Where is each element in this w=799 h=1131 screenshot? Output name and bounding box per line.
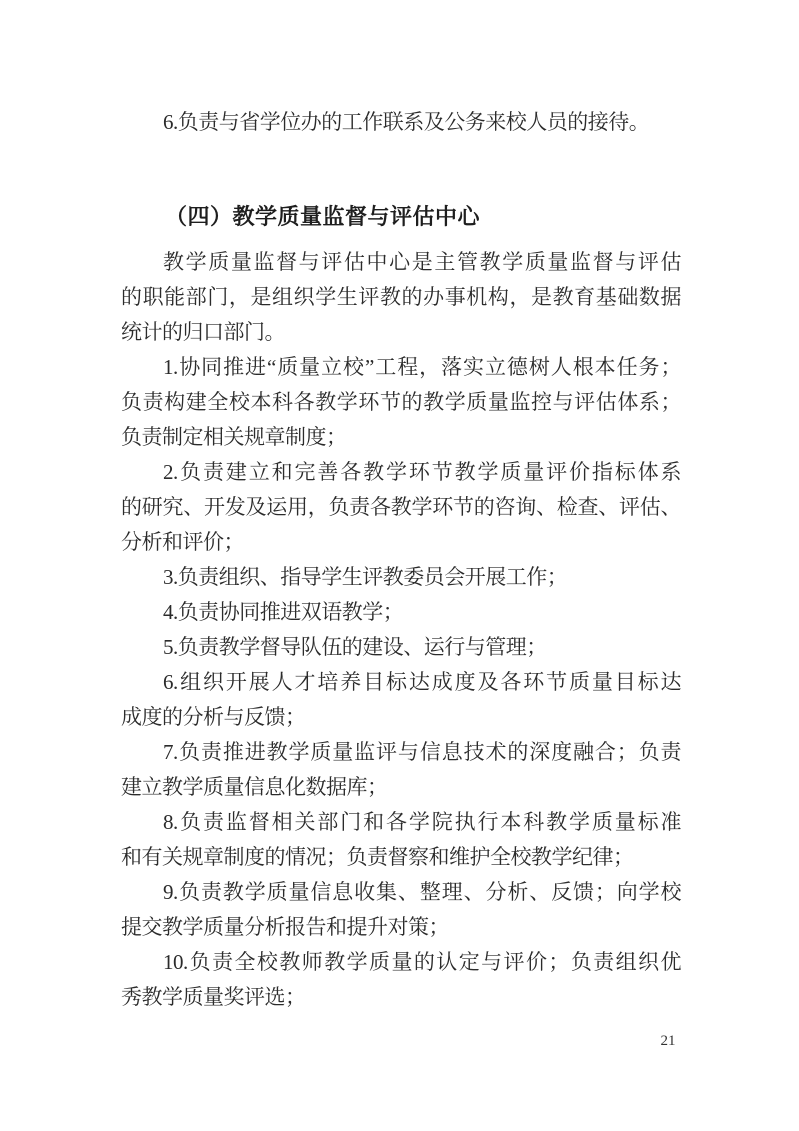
- duty-item-8: 8.负责监督相关部门和各学院执行本科教学质量标准和有关规章制度的情况；负责督察和…: [121, 805, 681, 875]
- text-line: 建立教学质量信息化数据库；: [121, 770, 681, 805]
- text-line: 10.负责全校教师教学质量的认定与评价；负责组织优: [121, 945, 681, 980]
- text-line: 2.负责建立和完善各教学环节教学质量评价指标体系: [121, 455, 681, 490]
- duty-items-list: 1.协同推进“质量立校”工程，落实立德树人根本任务；负责构建全校本科各教学环节的…: [121, 350, 681, 1015]
- duty-item-5: 5.负责教学督导队伍的建设、运行与管理；: [121, 630, 681, 665]
- section-heading: （四）教学质量监督与评估中心: [121, 197, 681, 237]
- duty-item-9: 9.负责教学质量信息收集、整理、分析、反馈；向学校提交教学质量分析报告和提升对策…: [121, 875, 681, 945]
- intro-paragraph: 教学质量监督与评估中心是主管教学质量监督与评估的职能部门，是组织学生评教的办事机…: [121, 245, 681, 350]
- duty-item-2: 2.负责建立和完善各教学环节教学质量评价指标体系的研究、开发及运用，负责各教学环…: [121, 455, 681, 560]
- text-line: 提交教学质量分析报告和提升对策；: [121, 910, 681, 945]
- duty-item-10: 10.负责全校教师教学质量的认定与评价；负责组织优秀教学质量奖评选；: [121, 945, 681, 1015]
- duty-item-6: 6.组织开展人才培养目标达成度及各环节质量目标达成度的分析与反馈；: [121, 665, 681, 735]
- text-line: 8.负责监督相关部门和各学院执行本科教学质量标准: [121, 805, 681, 840]
- page-number: 21: [655, 1031, 681, 1051]
- text-line: 5.负责教学督导队伍的建设、运行与管理；: [121, 630, 681, 665]
- document-page: 6.负责与省学位办的工作联系及公务来校人员的接待。 （四）教学质量监督与评估中心…: [0, 0, 799, 1131]
- text-line: 6.组织开展人才培养目标达成度及各环节质量目标达: [121, 665, 681, 700]
- text-line: 负责构建全校本科各教学环节的教学质量监控与评估体系；: [121, 385, 681, 420]
- text-line: 1.协同推进“质量立校”工程，落实立德树人根本任务；: [121, 350, 681, 385]
- text-line: 分析和评价；: [121, 525, 681, 560]
- text-line: 负责制定相关规章制度；: [121, 420, 681, 455]
- text-line: 6.负责与省学位办的工作联系及公务来校人员的接待。: [121, 105, 681, 140]
- text-line: 7.负责推进教学质量监评与信息技术的深度融合；负责: [121, 735, 681, 770]
- text-line: 和有关规章制度的情况；负责督察和维护全校教学纪律；: [121, 840, 681, 875]
- text-line: 成度的分析与反馈；: [121, 700, 681, 735]
- text-line: 9.负责教学质量信息收集、整理、分析、反馈；向学校: [121, 875, 681, 910]
- previous-section-item-6: 6.负责与省学位办的工作联系及公务来校人员的接待。: [121, 105, 681, 140]
- text-line: 的研究、开发及运用，负责各教学环节的咨询、检查、评估、: [121, 490, 681, 525]
- duty-item-4: 4.负责协同推进双语教学；: [121, 595, 681, 630]
- text-line: 秀教学质量奖评选；: [121, 980, 681, 1015]
- text-line: 4.负责协同推进双语教学；: [121, 595, 681, 630]
- text-line: 统计的归口部门。: [121, 315, 681, 350]
- text-line: 3.负责组织、指导学生评教委员会开展工作；: [121, 560, 681, 595]
- text-line: 的职能部门，是组织学生评教的办事机构，是教育基础数据: [121, 280, 681, 315]
- duty-item-3: 3.负责组织、指导学生评教委员会开展工作；: [121, 560, 681, 595]
- duty-item-1: 1.协同推进“质量立校”工程，落实立德树人根本任务；负责构建全校本科各教学环节的…: [121, 350, 681, 455]
- duty-item-7: 7.负责推进教学质量监评与信息技术的深度融合；负责建立教学质量信息化数据库；: [121, 735, 681, 805]
- text-line: 教学质量监督与评估中心是主管教学质量监督与评估: [121, 245, 681, 280]
- text-block: 6.负责与省学位办的工作联系及公务来校人员的接待。 （四）教学质量监督与评估中心…: [121, 105, 681, 1015]
